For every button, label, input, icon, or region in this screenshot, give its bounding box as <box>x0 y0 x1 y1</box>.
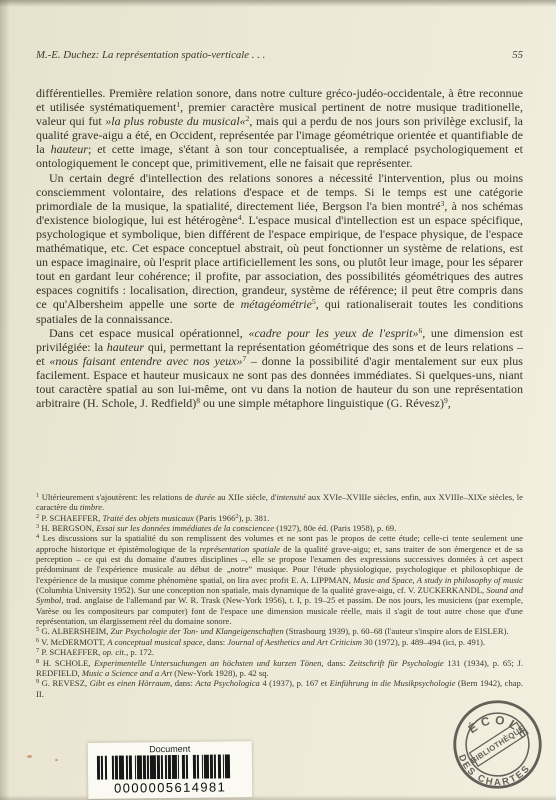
scan-edge-bottom <box>0 795 556 800</box>
page-number: 55 <box>512 49 523 61</box>
body-text: différentielles. Première relation sonor… <box>36 86 523 410</box>
paragraph: Dans cet espace musical opérationnel, «c… <box>36 326 523 411</box>
barcode-bars-icon <box>97 754 243 780</box>
library-stamp: ÉCOLE DES CHARTES BIBLIOTHÈQUE <box>450 697 545 792</box>
footnote: 6 V. McDERMOTT, A conceptual musical spa… <box>36 637 523 647</box>
footnote-number: 1 <box>36 492 39 499</box>
scan-edge-left <box>0 0 10 800</box>
scan-edge-top <box>0 0 556 7</box>
footnote-number: 8 <box>36 658 39 665</box>
page-header: M.-E. Duchez: La représentation spatio-v… <box>36 49 523 61</box>
footnote-number: 7 <box>36 647 39 654</box>
barcode-number: 0000005614981 <box>88 779 252 796</box>
footnote: 1 Ultérieurement s'ajoutèrent: les relat… <box>36 492 523 513</box>
barcode-title: Document <box>88 741 252 755</box>
footnote: 3 H. BERGSON, Essai sur les données immé… <box>36 523 523 533</box>
paragraph: différentielles. Première relation sonor… <box>36 86 523 171</box>
barcode-label: Document 0000005614981 <box>88 741 253 799</box>
stamp-text-des-chartes: DES CHARTES <box>452 752 534 792</box>
paragraph: Un certain degré d'intellection des rela… <box>36 171 523 326</box>
footnotes: 1 Ultérieurement s'ajoutèrent: les relat… <box>36 492 523 699</box>
footnote-number: 9 <box>36 678 39 685</box>
stain-speck <box>27 755 32 758</box>
footnote: 4 Les discussions sur la spatialité du s… <box>36 533 523 626</box>
footnote-number: 6 <box>36 637 39 644</box>
footnote: 8 H. SCHOLE, Experimentelle Untersuchung… <box>36 658 523 679</box>
footnote: 9 G. REVESZ, Gibt es einen Hörraum, dans… <box>36 678 523 699</box>
scanned-document-page: M.-E. Duchez: La représentation spatio-v… <box>0 0 556 800</box>
footnote: 7 P. SCHAEFFER, op. cit., p. 172. <box>36 647 523 657</box>
footnote-number: 5 <box>36 626 39 633</box>
footnote: 5 G. ALBERSHEIM, Zur Psychologie der Ton… <box>36 626 523 636</box>
stain-speck <box>55 759 58 761</box>
footnote-number: 3 <box>36 523 39 530</box>
footnote: 2 P. SCHAEFFER, Traité des objets musica… <box>36 513 523 523</box>
running-title: M.-E. Duchez: La représentation spatio-v… <box>36 49 265 61</box>
footnote-number: 4 <box>36 533 39 540</box>
footnote-number: 2 <box>36 513 39 520</box>
